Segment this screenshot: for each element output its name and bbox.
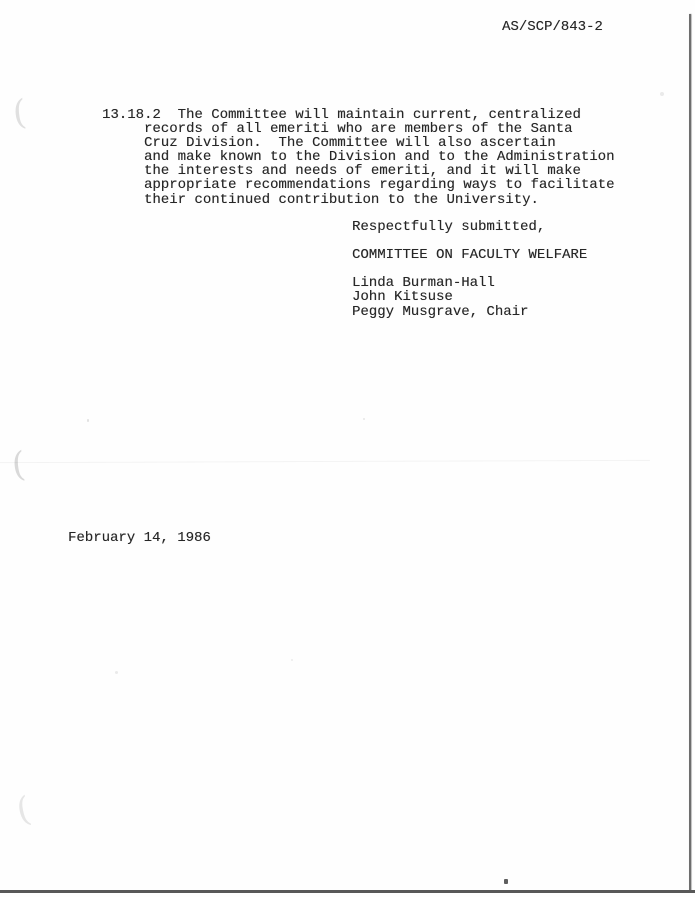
paragraph-line: appropriate recommendations regarding wa… <box>102 178 614 192</box>
scan-speck <box>504 879 508 884</box>
body-paragraph: 13.18.2 The Committee will maintain curr… <box>102 108 614 207</box>
scan-streak <box>0 460 650 463</box>
scan-mark-paren-top: ( <box>11 95 28 130</box>
signer-name: John Kitsuse <box>352 290 587 304</box>
date-line: February 14, 1986 <box>68 531 211 545</box>
scan-speck <box>87 419 89 422</box>
closing-signature-block: Respectfully submitted, COMMITTEE ON FAC… <box>352 220 587 319</box>
scanned-document-page: AS/SCP/843-2 13.18.2 The Committee will … <box>0 0 695 897</box>
scan-edge-bottom <box>0 890 695 893</box>
signer-name: Peggy Musgrave, Chair <box>352 305 587 319</box>
closing-spacer <box>352 234 587 248</box>
scan-speck <box>291 659 293 661</box>
scan-mark-paren-middle: ( <box>10 447 27 482</box>
closing-salutation: Respectfully submitted, <box>352 220 587 234</box>
scan-edge-right <box>689 14 691 891</box>
scan-speck <box>115 671 118 674</box>
doc-number: AS/SCP/843-2 <box>502 20 603 34</box>
scan-speck <box>660 92 664 96</box>
paragraph-line: their continued contribution to the Univ… <box>102 193 614 207</box>
scan-speck <box>363 418 365 420</box>
paragraph-line: 13.18.2 The Committee will maintain curr… <box>102 108 614 122</box>
committee-name: COMMITTEE ON FACULTY WELFARE <box>352 248 587 262</box>
scan-mark-paren-bottom: ( <box>14 792 34 828</box>
